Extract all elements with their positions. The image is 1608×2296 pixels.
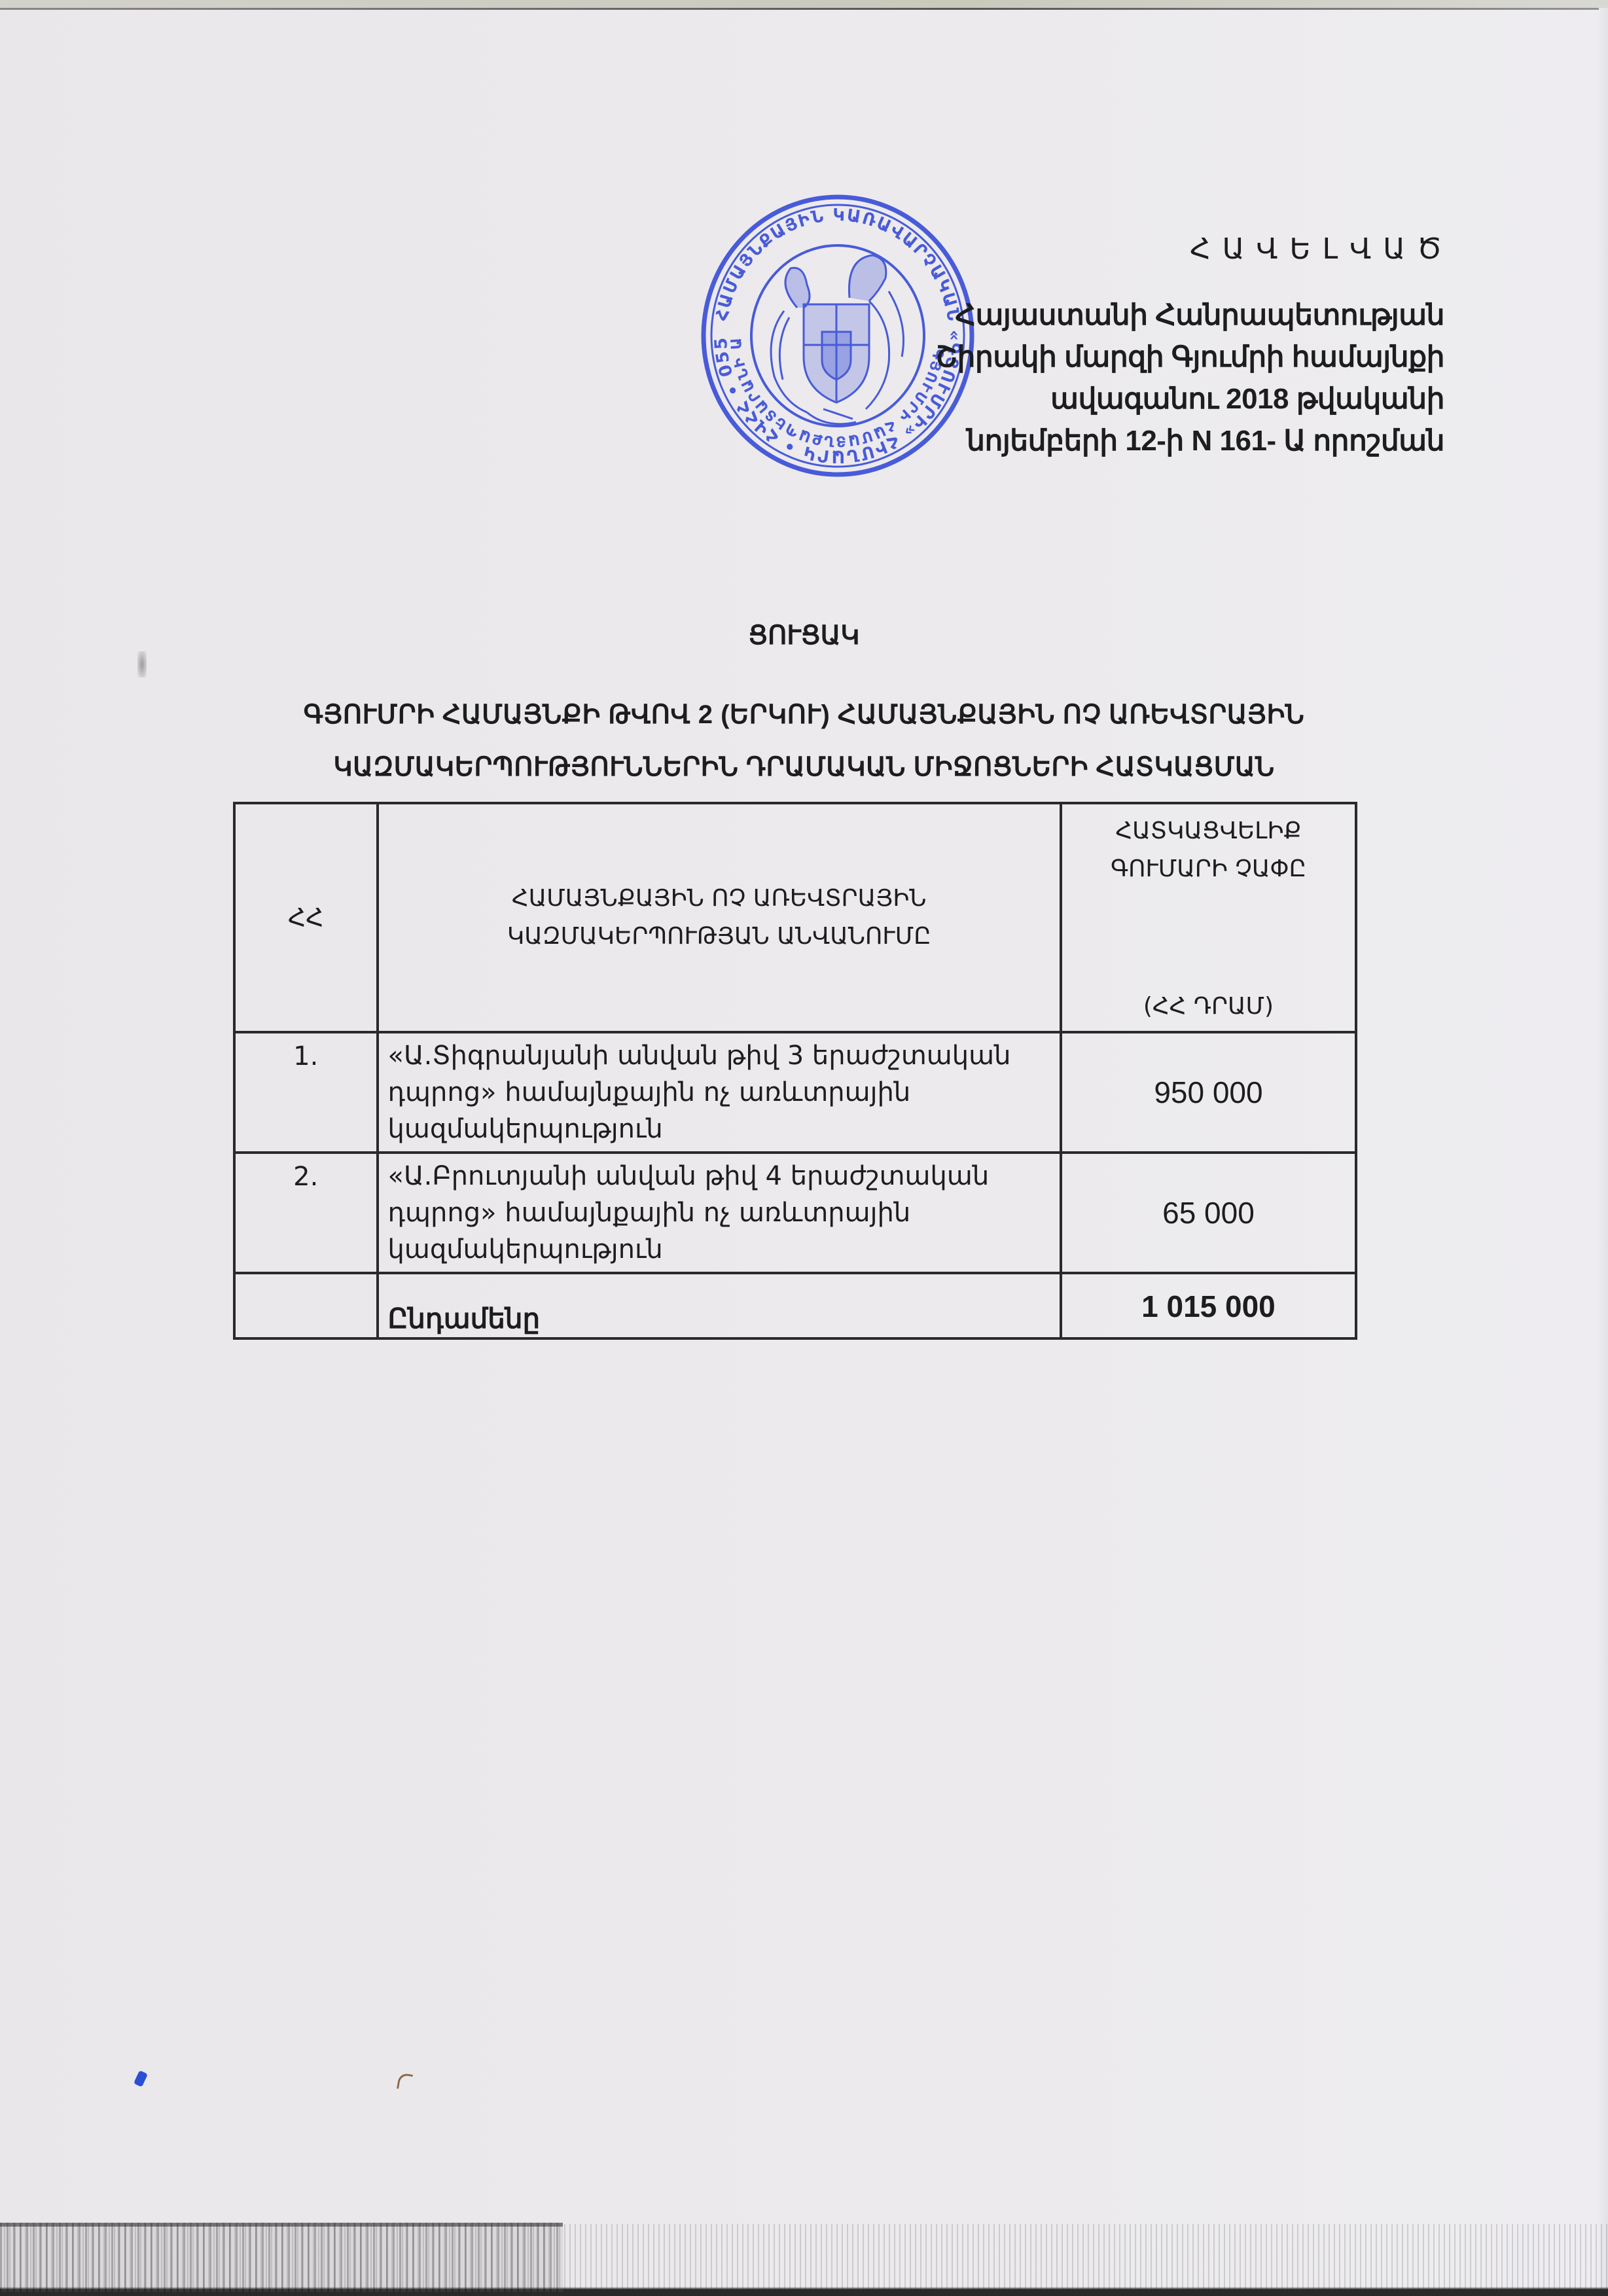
allocation-table: ՀՀ ՀԱՄԱՅՆՔԱՅԻՆ ՈՉ ԱՌԵՎՏՐԱՅԻՆ ԿԱԶՄԱԿԵՐՊՈՒ… bbox=[233, 802, 1357, 1340]
organization-name: «Ա.Տիգրանյանի անվան թիվ 3 երաժշտական դպր… bbox=[378, 1032, 1061, 1153]
header-amount-line-2: ԳՈՒՄԱՐԻ ՉԱՓԸ bbox=[1062, 850, 1355, 888]
approval-line-4: նոյեմբերի 12-ի N 161- Ա որոշման bbox=[855, 420, 1444, 462]
smudge-mark bbox=[137, 651, 147, 677]
header-amount: ՀԱՏԿԱՑՎԵԼԻՔ ԳՈՒՄԱՐԻ ՉԱՓԸ (ՀՀ ԴՐԱՄ) bbox=[1061, 803, 1356, 1032]
table-total-row: Ընդամենը 1 015 000 bbox=[234, 1273, 1356, 1338]
scan-top-edge bbox=[0, 0, 1608, 10]
header-amount-unit: (ՀՀ ԴՐԱՄ) bbox=[1062, 988, 1355, 1026]
total-empty-cell bbox=[234, 1273, 378, 1338]
approval-block: ՀԱՎԵԼՎԱԾ Հայաստանի Հանրապետության Շիրակի… bbox=[855, 232, 1444, 462]
document-title-line-2: ԿԱԶՄԱԿԵՐՊՈՒԹՅՈՒՆՆԵՐԻՆ ԴՐԱՄԱԿԱՆ ՄԻՋՈՑՆԵՐԻ… bbox=[0, 741, 1608, 793]
table-header-row: ՀՀ ՀԱՄԱՅՆՔԱՅԻՆ ՈՉ ԱՌԵՎՏՐԱՅԻՆ ԿԱԶՄԱԿԵՐՊՈՒ… bbox=[234, 803, 1356, 1032]
document-title: ԳՅՈՒՄՐԻ ՀԱՄԱՅՆՔԻ ԹՎՈՎ 2 (ԵՐԿՈՒ) ՀԱՄԱՅՆՔԱ… bbox=[0, 689, 1608, 793]
approval-line-2: Շիրակի մարզի Գյումրի համայնքի bbox=[855, 336, 1444, 378]
approval-line-1: Հայաստանի Հանրապետության bbox=[855, 295, 1444, 336]
row-number: 2. bbox=[234, 1153, 378, 1273]
header-name-line-2: ԿԱԶՄԱԿԵՐՊՈՒԹՅԱՆ ԱՆՎԱՆՈՒՄԸ bbox=[379, 918, 1060, 956]
ink-mark-brown bbox=[397, 2072, 413, 2090]
document-title-line-1: ԳՅՈՒՄՐԻ ՀԱՄԱՅՆՔԻ ԹՎՈՎ 2 (ԵՐԿՈՒ) ՀԱՄԱՅՆՔԱ… bbox=[0, 689, 1608, 741]
header-name-line-1: ՀԱՄԱՅՆՔԱՅԻՆ ՈՉ ԱՌԵՎՏՐԱՅԻՆ bbox=[379, 880, 1060, 918]
scan-artifact-dark-band bbox=[0, 2223, 563, 2292]
header-amount-line-1: ՀԱՏԿԱՑՎԵԼԻՔ bbox=[1062, 812, 1355, 850]
row-number: 1. bbox=[234, 1032, 378, 1153]
ink-mark-blue bbox=[134, 2070, 148, 2087]
organization-name: «Ա.Բրուտյանի անվան թիվ 4 երաժշտական դպրո… bbox=[378, 1153, 1061, 1273]
approval-line-3: ավագանու 2018 թվականի bbox=[855, 378, 1444, 420]
header-organization-name: ՀԱՄԱՅՆՔԱՅԻՆ ՈՉ ԱՌԵՎՏՐԱՅԻՆ ԿԱԶՄԱԿԵՐՊՈՒԹՅԱ… bbox=[378, 803, 1061, 1032]
header-number: ՀՀ bbox=[234, 803, 378, 1032]
approval-heading: ՀԱՎԵԼՎԱԾ bbox=[855, 232, 1454, 266]
scan-right-edge bbox=[1599, 8, 1608, 2296]
table-row: 2. «Ա.Բրուտյանի անվան թիվ 4 երաժշտական դ… bbox=[234, 1153, 1356, 1273]
table-row: 1. «Ա.Տիգրանյանի անվան թիվ 3 երաժշտական … bbox=[234, 1032, 1356, 1153]
allocated-amount: 65 000 bbox=[1061, 1153, 1356, 1273]
allocated-amount: 950 000 bbox=[1061, 1032, 1356, 1153]
list-label: ՑՈՒՑԱԿ bbox=[0, 620, 1608, 651]
total-label: Ընդամենը bbox=[378, 1273, 1061, 1338]
total-amount: 1 015 000 bbox=[1061, 1273, 1356, 1338]
